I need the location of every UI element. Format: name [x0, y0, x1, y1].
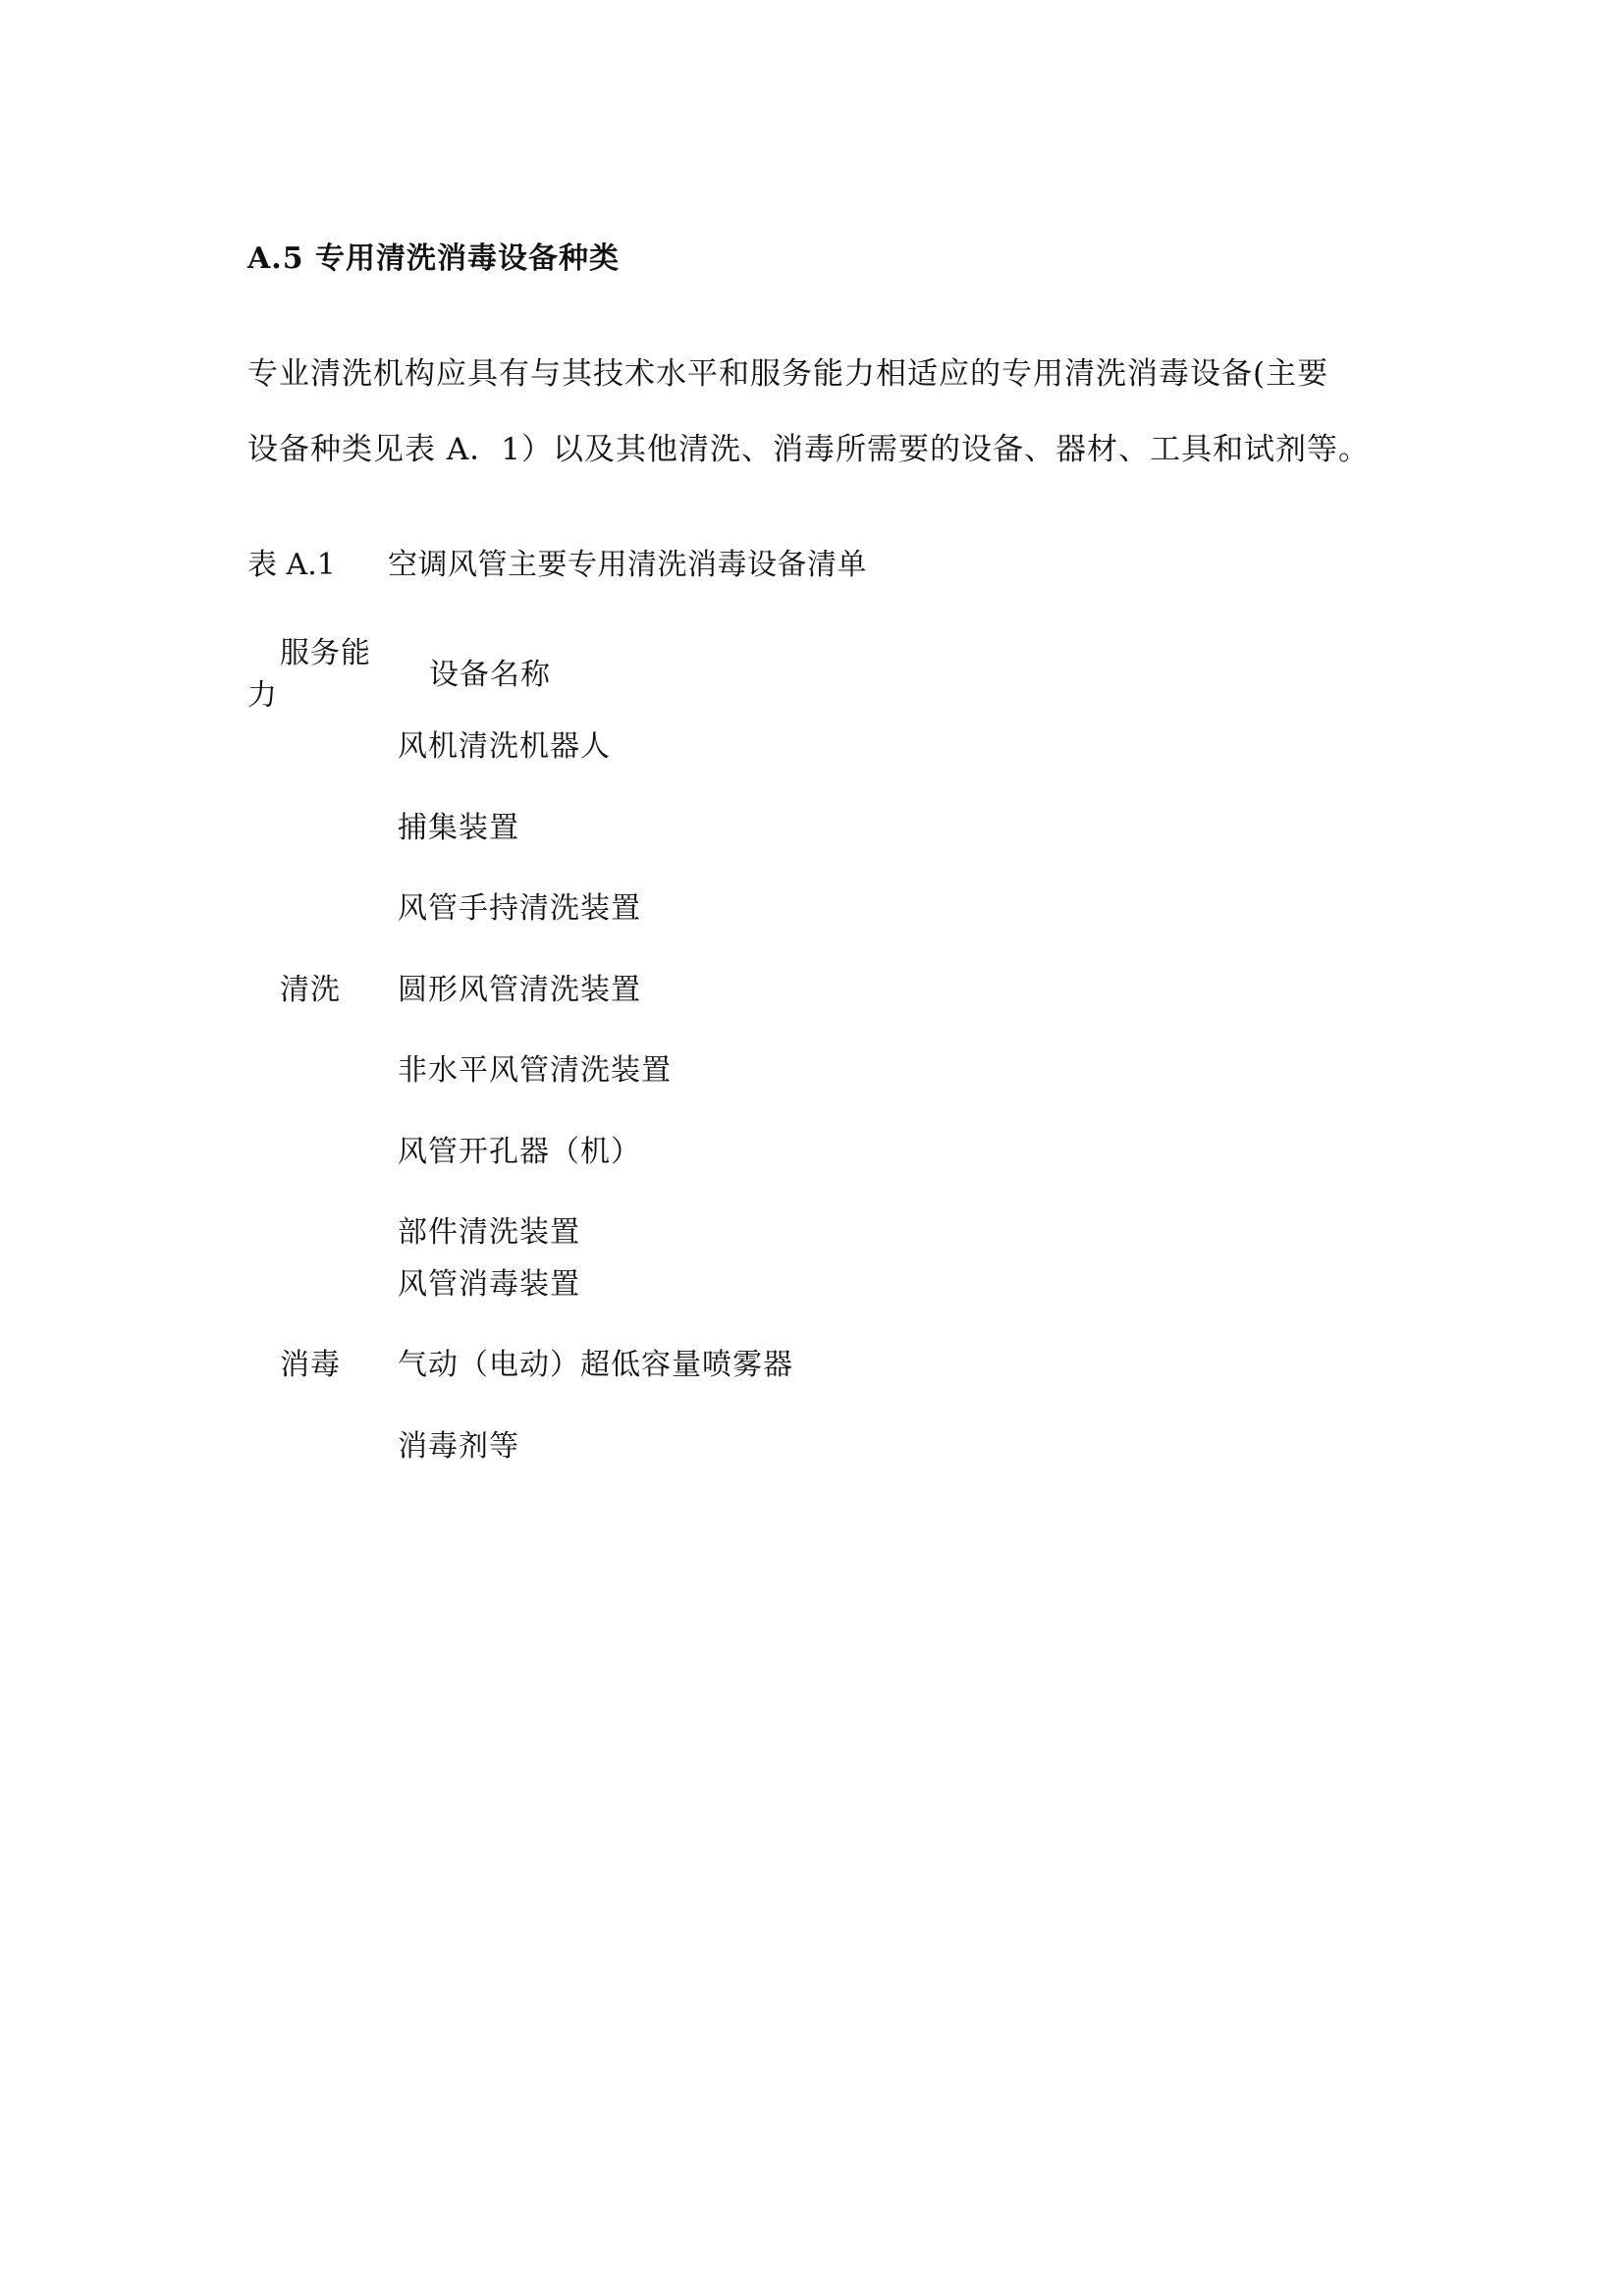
table-cell-equipment: 部件清洗装置: [398, 1207, 580, 1251]
table-cell-capability: 消毒: [280, 1340, 341, 1383]
table-cell-equipment: 圆形风管清洗装置: [398, 965, 641, 1008]
table-cell-equipment: 风管消毒装置: [398, 1259, 580, 1303]
table-cell-equipment: 风机清洗机器人: [398, 721, 611, 765]
section-heading: A.5 专用清洗消毒设备种类: [247, 234, 620, 277]
header-equipment-name: 设备名称: [429, 650, 551, 693]
paragraph-line-1: 专业清洗机构应具有与其技术水平和服务能力相适应的专用清洗消毒设备(主要: [247, 348, 1328, 393]
table-cell-equipment: 气动（电动）超低容量喷雾器: [398, 1340, 793, 1383]
table-cell-equipment: 消毒剂等: [398, 1421, 519, 1465]
table-caption-number: 表 A.1: [247, 540, 336, 583]
table-cell-equipment: 捕集装置: [398, 803, 519, 846]
table-cell-equipment: 风管开孔器（机）: [398, 1127, 641, 1170]
table-cell-equipment: 风管手持清洗装置: [398, 883, 641, 927]
table-cell-capability: 清洗: [280, 965, 341, 1008]
header-service-capability-wrap: 力: [247, 670, 278, 714]
header-service-capability: 服务能: [280, 628, 371, 671]
table-cell-equipment: 非水平风管清洗装置: [398, 1045, 672, 1089]
table-caption-title: 空调风管主要专用清洗消毒设备清单: [388, 540, 867, 583]
paragraph-line-2: 设备种类见表 A．1）以及其他清洗、消毒所需要的设备、器材、工具和试剂等。: [247, 424, 1370, 468]
